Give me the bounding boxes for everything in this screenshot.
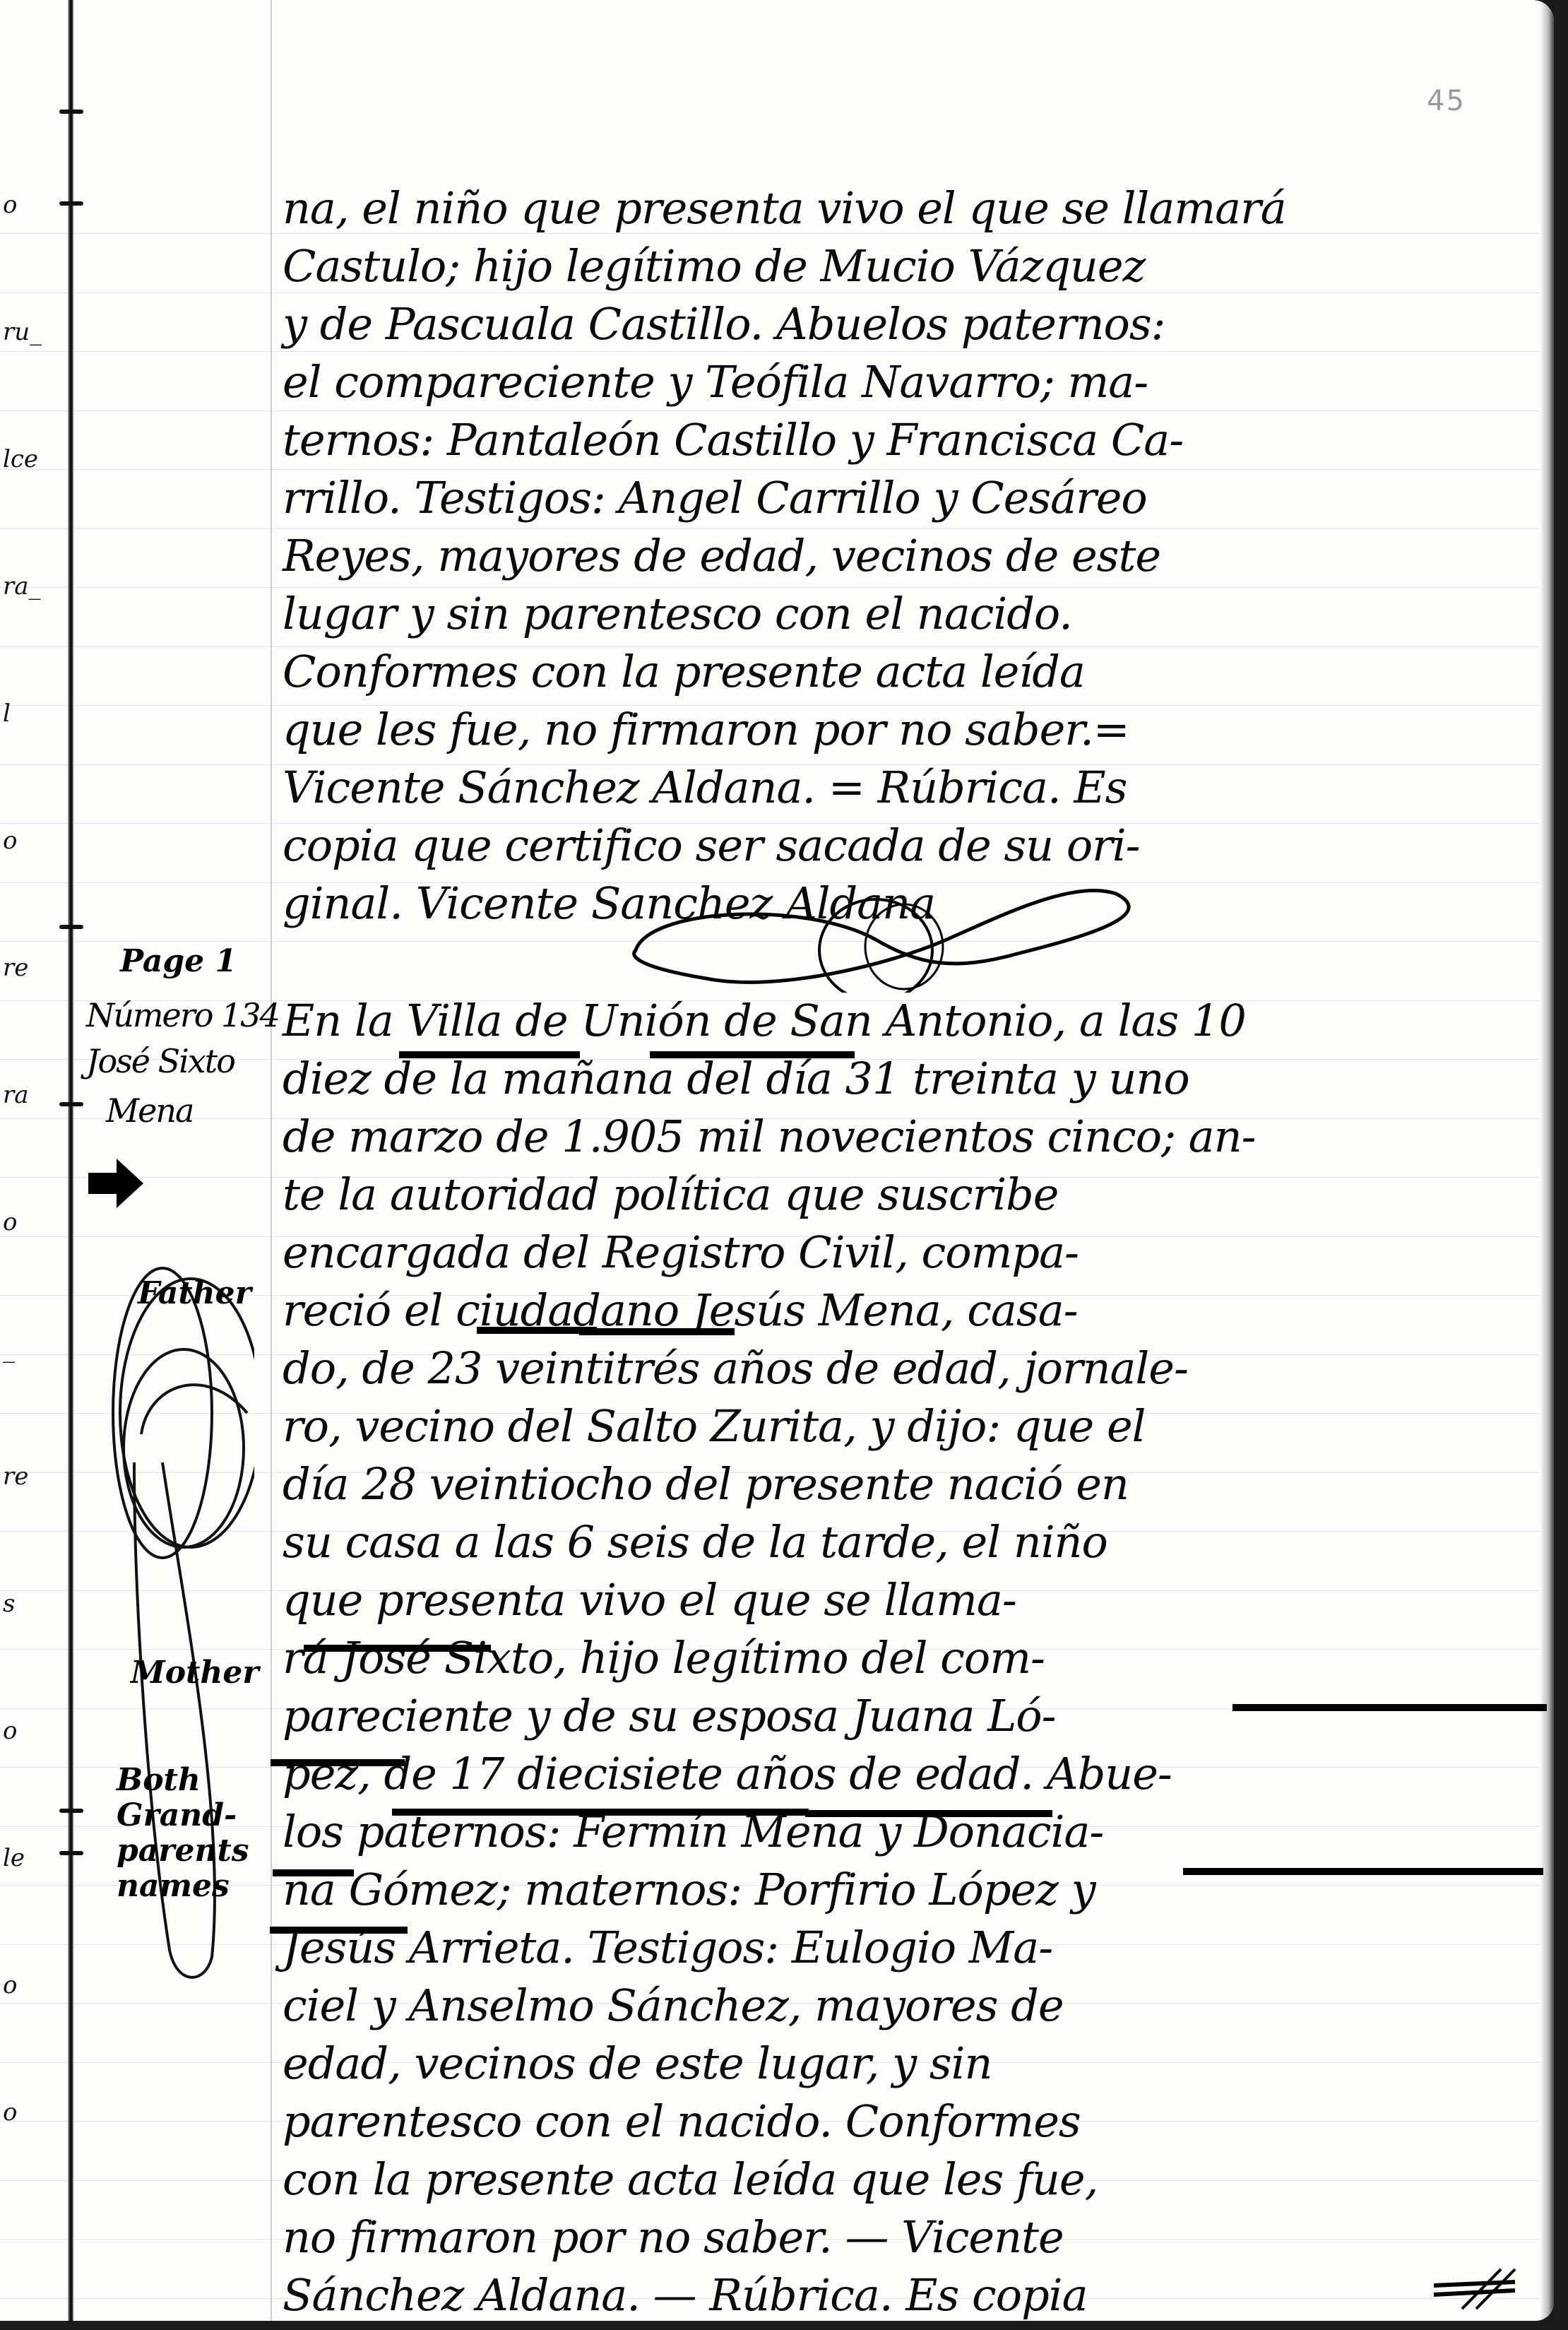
handwritten-line: ciel y Anselmo Sánchez, mayores de xyxy=(283,1977,1547,2034)
handwritten-line: diez de la mañana del día 31 treinta y u… xyxy=(283,1051,1547,1107)
facing-page-fragment: ru_ xyxy=(3,318,42,346)
binding-tick xyxy=(59,1851,83,1855)
facing-page-fragment: le xyxy=(3,1844,25,1872)
handwritten-line: pareciente y de su esposa Juana Ló- xyxy=(283,1688,1547,1744)
facing-page-fragment: re xyxy=(3,1462,28,1491)
handwritten-line: edad, vecinos de este lugar, y sin xyxy=(283,2035,1547,2092)
handwritten-line: rrillo. Testigos: Angel Carrillo y Cesár… xyxy=(283,470,1547,526)
grandparents-label-line: parents xyxy=(117,1833,249,1869)
facing-page-fragment: re xyxy=(3,954,28,982)
right-arrow-icon xyxy=(88,1159,145,1208)
underline-father xyxy=(579,1328,735,1335)
handwritten-line: na, el niño que presenta vivo el que se … xyxy=(283,180,1547,237)
binding-tick xyxy=(59,201,83,206)
underline-maternal-grandparents xyxy=(1183,1868,1543,1875)
margin-line xyxy=(271,0,272,2321)
facing-page-fragment: o xyxy=(3,1208,17,1236)
handwritten-line: do, de 23 veintitrés años de edad, jorna… xyxy=(283,1340,1547,1397)
handwritten-line: parentesco con el nacido. Conformes xyxy=(283,2093,1547,2150)
facing-page-fragment: _ xyxy=(3,1335,15,1364)
handwritten-line: ternos: Pantaleón Castillo y Francisca C… xyxy=(283,412,1547,468)
page-label: Page 1 xyxy=(120,943,237,979)
facing-page-fragment: o xyxy=(3,2098,17,2127)
facing-page-fragment: ra xyxy=(3,1081,29,1109)
grandparents-label-line: Grand- xyxy=(117,1798,249,1833)
page-number: 45 xyxy=(1427,85,1466,117)
underline-maternal-grandparents xyxy=(270,1927,408,1934)
ruled-line xyxy=(0,410,1540,411)
underline-place xyxy=(399,1051,580,1058)
underline-place xyxy=(650,1051,855,1058)
handwritten-line: día 28 veintiocho del presente nació en xyxy=(283,1456,1547,1513)
entry-number-note: Número 134 xyxy=(86,996,279,1034)
binding-tick xyxy=(59,1809,83,1813)
handwritten-line: ro, vecino del Salto Zurita, y dijo: que… xyxy=(283,1398,1547,1455)
underline-paternal-grandparents xyxy=(273,1869,354,1876)
handwritten-line: rá José Sixto, hijo legítimo del com- xyxy=(283,1630,1547,1686)
entry-surname-note: Mena xyxy=(106,1092,193,1130)
handwritten-line: lugar y sin parentesco con el nacido. xyxy=(283,586,1547,642)
facing-page-fragment: o xyxy=(3,1971,17,1999)
facing-page-fragment: s xyxy=(3,1590,15,1618)
underline-paternal-grandparents xyxy=(805,1810,1052,1817)
handwritten-line: Sánchez Aldana. — Rúbrica. Es copia xyxy=(283,2267,1547,2321)
handwritten-line: copia que certifico ser sacada de su ori… xyxy=(283,817,1547,874)
entry-name-note: José Sixto xyxy=(86,1042,234,1080)
underline-mother xyxy=(1233,1704,1547,1711)
document-page: 45 oru_lcera_lorerao_resoleoo na, el niñ… xyxy=(0,0,1554,2321)
grandparents-label-line: Both xyxy=(117,1763,249,1798)
handwritten-line: te la autoridad política que suscribe xyxy=(283,1166,1547,1223)
binding-tick xyxy=(59,1102,83,1106)
handwritten-line: que presenta vivo el que se llama- xyxy=(283,1572,1547,1628)
handwritten-line: Reyes, mayores de edad, vecinos de este xyxy=(283,528,1547,584)
underline-paternal-grandparents xyxy=(392,1809,809,1816)
handwritten-line: no firmaron por no saber. — Vicente xyxy=(283,2209,1547,2266)
grandparents-label-line: names xyxy=(117,1869,249,1904)
facing-page-fragment: l xyxy=(3,699,11,728)
end-of-entry-mark xyxy=(1434,2268,1519,2310)
handwritten-line: el compareciente y Teófila Navarro; ma- xyxy=(283,354,1547,410)
handwritten-line: Jesús Arrieta. Testigos: Eulogio Ma- xyxy=(283,1920,1547,1976)
facing-page-fragment: o xyxy=(3,191,17,219)
handwritten-line: su casa a las 6 seis de la tarde, el niñ… xyxy=(283,1514,1547,1571)
handwritten-line: reció el ciudadano Jesús Mena, casa- xyxy=(283,1282,1547,1339)
binding-line xyxy=(68,0,73,2321)
handwritten-line: de marzo de 1.905 mil novecientos cinco;… xyxy=(283,1108,1547,1165)
binding-tick xyxy=(59,110,83,114)
handwritten-line: pez, de 17 diecisiete años de edad. Abue… xyxy=(283,1746,1547,1802)
father-label: Father xyxy=(138,1275,251,1311)
handwritten-line: En la Villa de Unión de San Antonio, a l… xyxy=(283,993,1547,1049)
facing-page-fragment: lce xyxy=(3,445,38,473)
handwritten-line: Conformes con la presente acta leída xyxy=(283,644,1547,700)
underline-mother xyxy=(271,1759,405,1766)
handwritten-line: Castulo; hijo legítimo de Mucio Vázquez xyxy=(283,238,1547,295)
underline-child xyxy=(385,1645,491,1652)
facing-page-fragment: ra_ xyxy=(3,572,41,601)
binding-tick xyxy=(59,925,83,929)
handwritten-line: Vicente Sánchez Aldana. = Rúbrica. Es xyxy=(283,759,1547,816)
handwritten-line: encargada del Registro Civil, compa- xyxy=(283,1224,1547,1281)
facing-page-fragment: o xyxy=(3,827,17,855)
mother-label: Mother xyxy=(131,1655,259,1691)
grandparents-label: Both Grand- parents names xyxy=(117,1763,249,1904)
facing-page-fragment: o xyxy=(3,1717,17,1745)
signature-flourish xyxy=(622,887,1158,993)
handwritten-line: con la presente acta leída que les fue, xyxy=(283,2151,1547,2208)
handwritten-line: y de Pascuala Castillo. Abuelos paternos… xyxy=(283,296,1547,353)
handwritten-line: que les fue, no firmaron por no saber.= xyxy=(283,702,1547,758)
